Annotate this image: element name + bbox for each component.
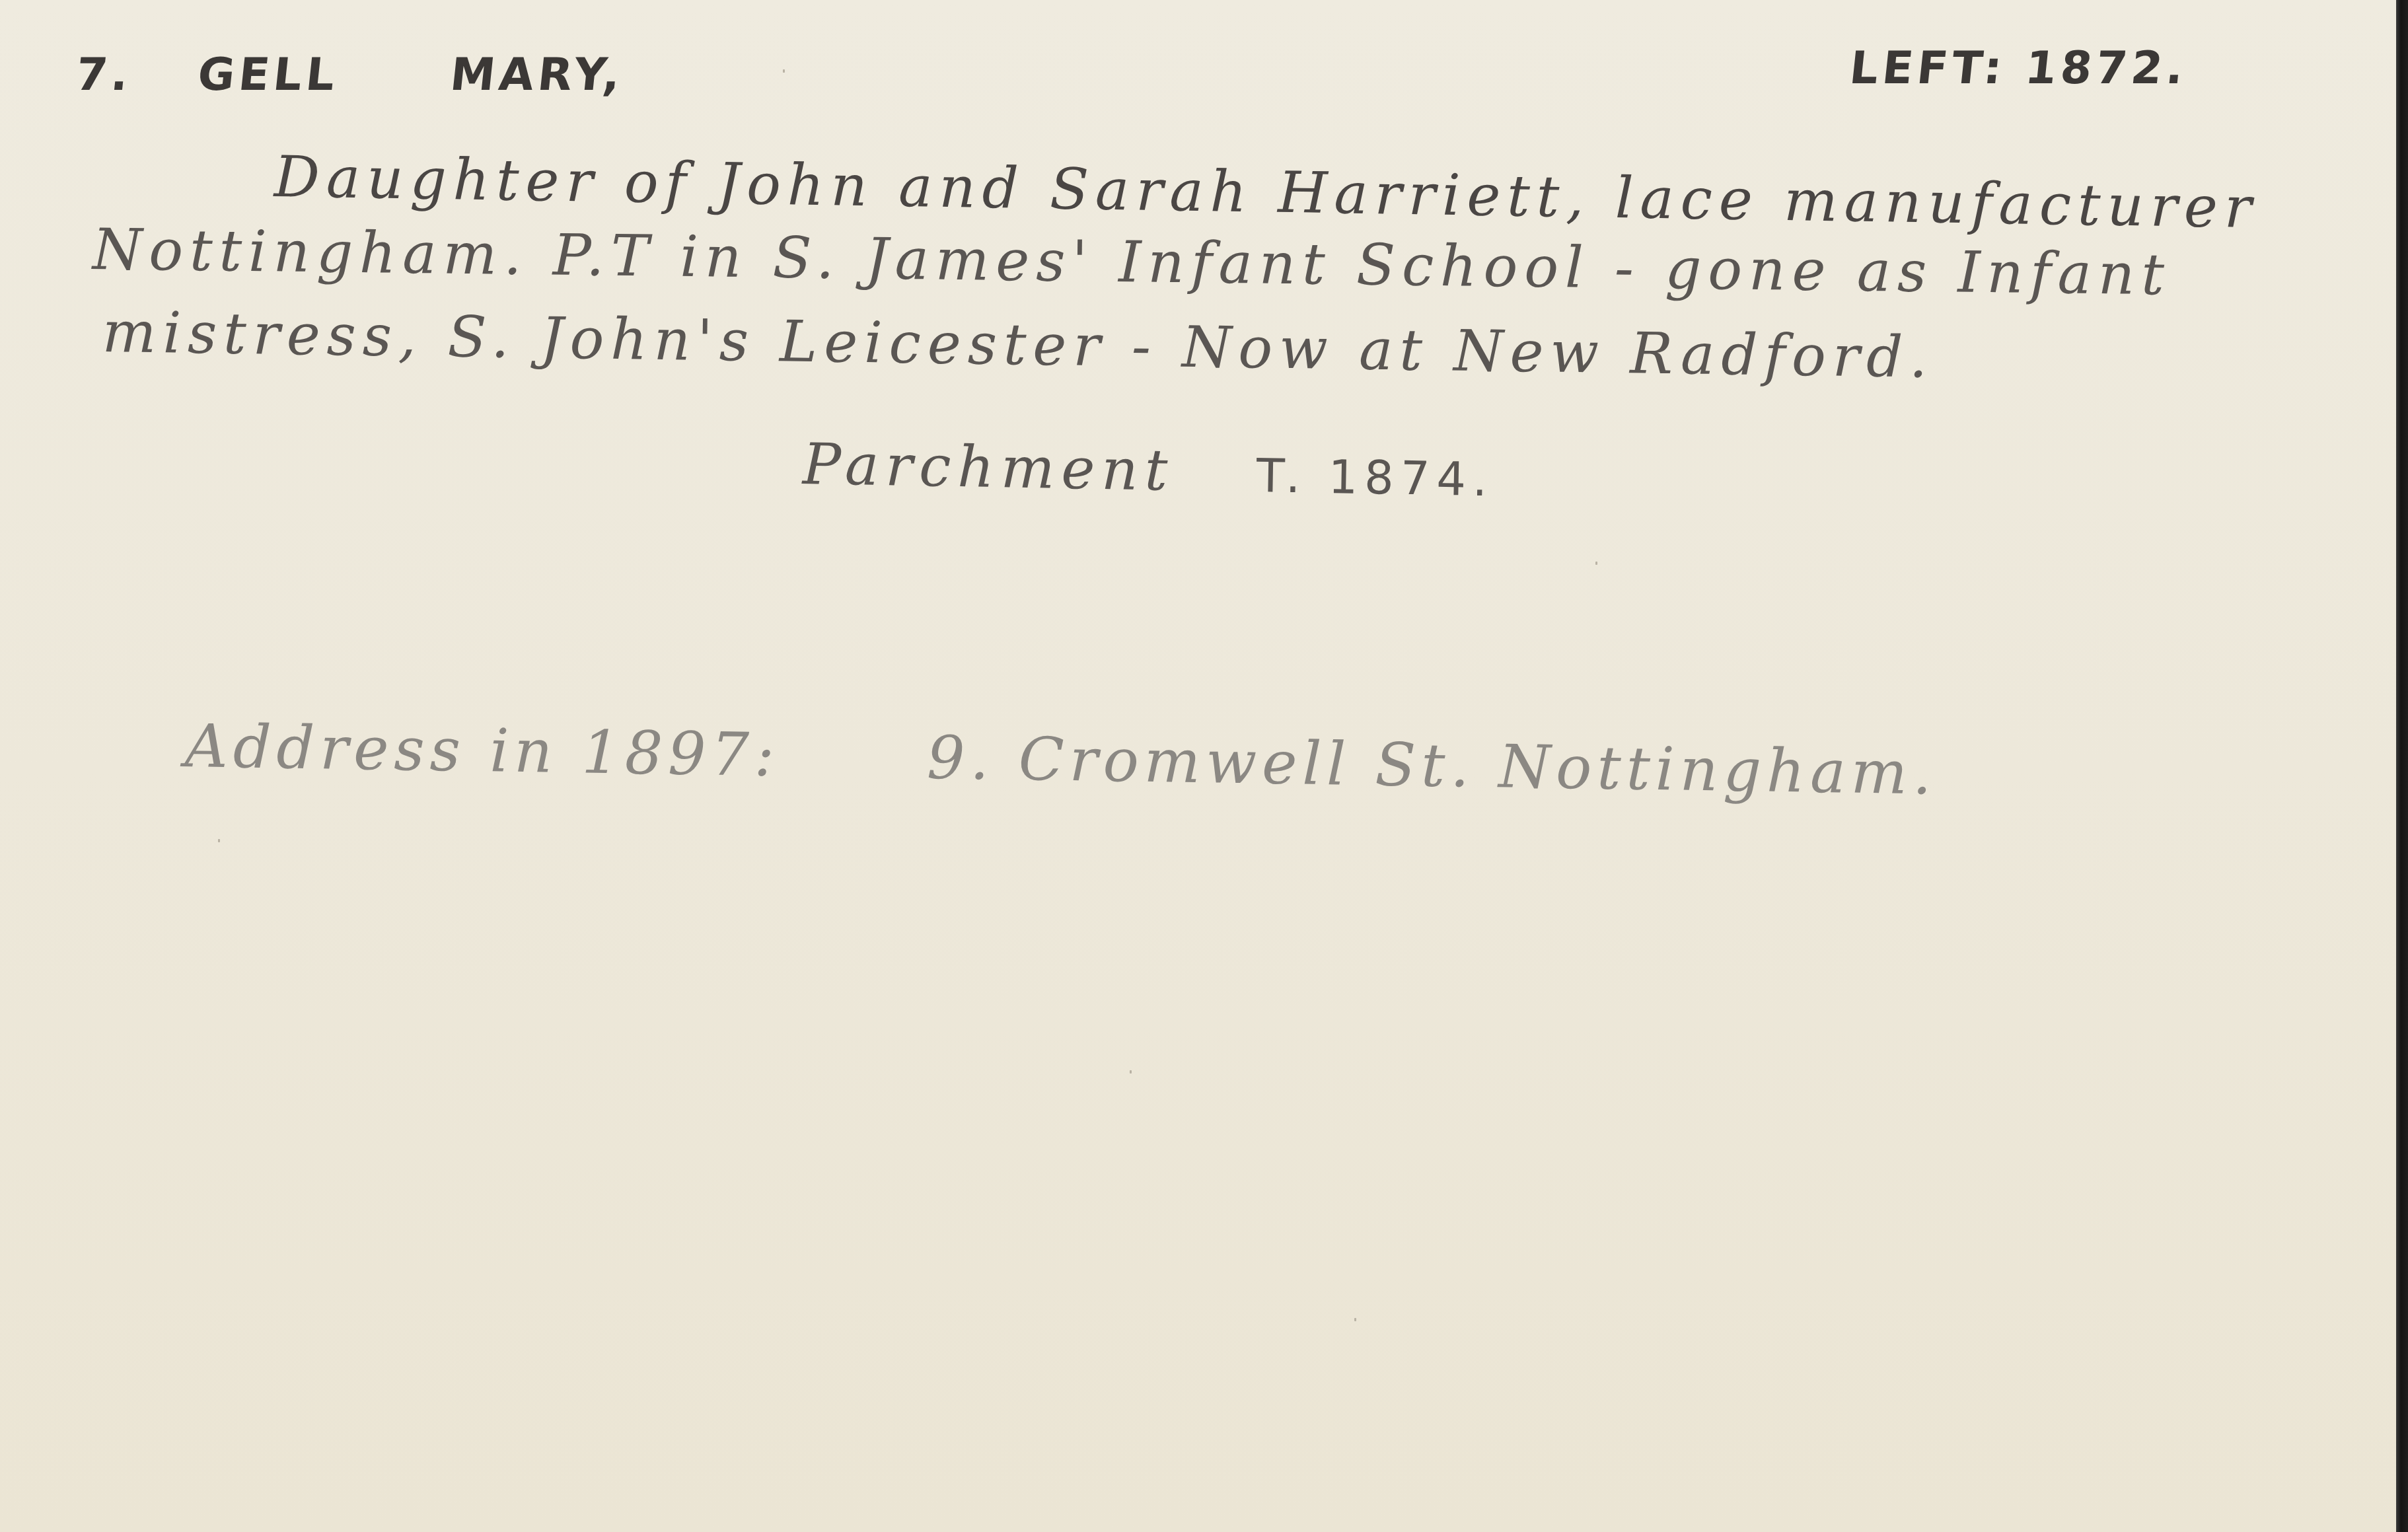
parchment-label: Parchment [802,431,1175,504]
dark-background-edge [2396,0,2408,1532]
entry-header: 7. GELL MARY, [73,53,626,98]
address-line: Address in 1897: 9. Cromwell St. Notting… [184,717,1937,804]
forename: MARY, [448,49,627,101]
record-card: 7. GELL MARY, LEFT: 1872. Daughter of Jo… [0,0,2398,1532]
surname: GELL [195,49,341,101]
paper-speck [783,69,785,73]
address-label: Address in 1897: [184,711,780,790]
parchment-line: Parchment T. 1874. [802,436,1494,505]
paper-speck [218,839,220,842]
left-year: 1872. [2023,42,2190,94]
paper-speck [1130,1070,1132,1074]
entry-number: 7. [73,49,135,101]
paper-speck [1595,562,1597,565]
left-label: LEFT: [1847,42,2008,94]
left-date: LEFT: 1872. [1847,46,2189,91]
address-value: 9. Cromwell St. Nottingham. [926,723,1937,809]
body-line-3: mistress, S. John's Leicester - Now at N… [102,304,1934,386]
parchment-value: T. 1874. [1256,449,1494,507]
paper-speck [1354,1318,1356,1321]
